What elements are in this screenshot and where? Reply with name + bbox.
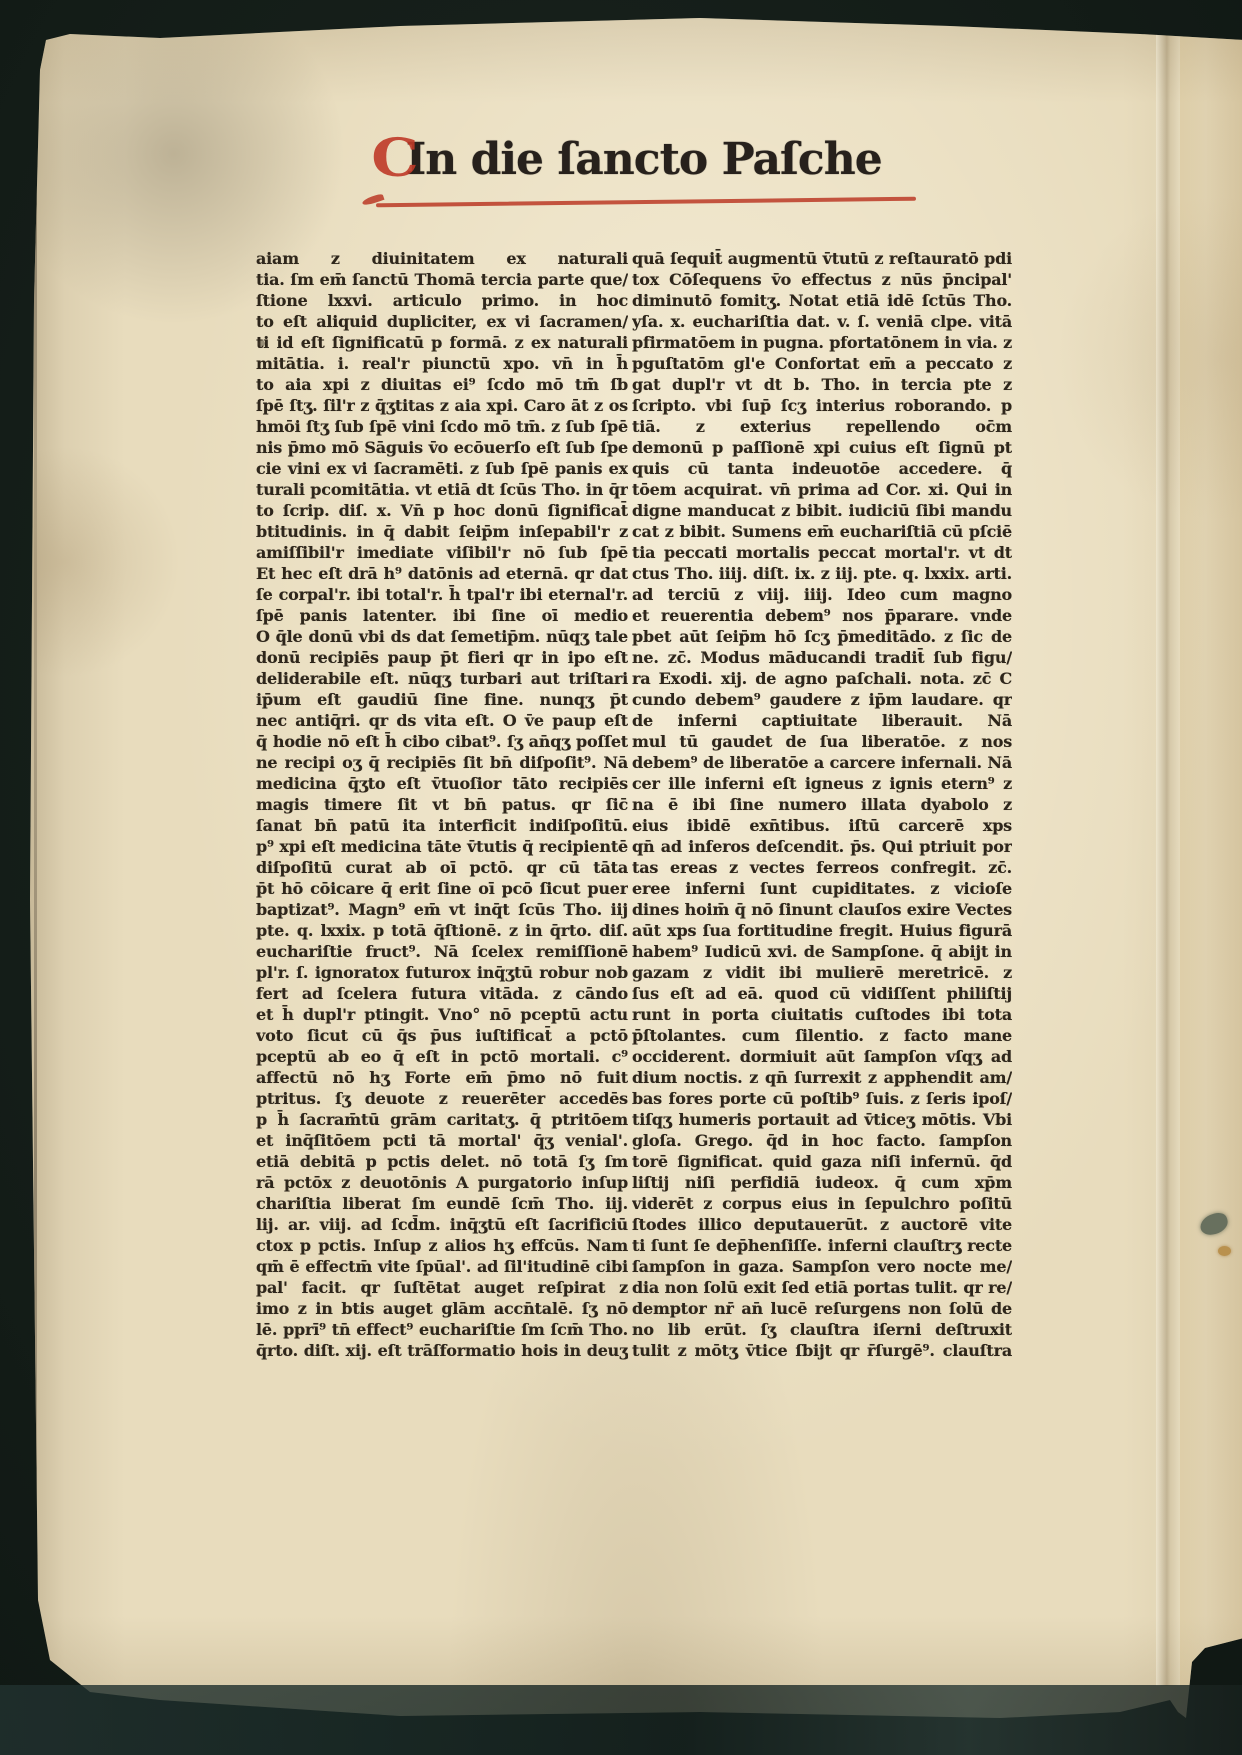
text-line: etiā debitā p pctis delet. nō totā ſʒ ſm… (256, 1151, 628, 1172)
text-line: pguſtatōm gl'e Confortat em̄ a peccato z… (632, 353, 1012, 374)
text-line: ſtione lxxvi. articulo primo. in hoc ſac… (256, 290, 628, 311)
text-line: cundo debem⁹ gaudere z ip̄m laudare. qr … (632, 689, 1012, 710)
text-line: et inq̄ſitōem pcti tā mortal' q̄ʒ venial… (256, 1130, 628, 1151)
ink-stain (1198, 1211, 1230, 1238)
text-line: pceptū ab eo q̄ eſt in pctō mortali. c⁹ … (256, 1046, 628, 1067)
text-line: mul tū gaudet de ſua liberatōe. z nos ga… (632, 731, 1012, 752)
text-line: diſpoſitū curat ab oī pctō. qr cū tāta d… (256, 857, 628, 878)
text-line: tia. ſm em̄ ſanctū Thomā tercia parte qu… (256, 269, 628, 290)
under-leaf-edge (1180, 26, 1242, 1686)
text-line: gloſa. Grego. q̄d in hoc facto. ſampſon … (632, 1130, 1012, 1151)
text-line: ſanat bn̄ patū ita interficit indiſpoſit… (256, 815, 628, 836)
text-line: bas fores porte cū poſtib⁹ ſuis. z ſeris… (632, 1088, 1012, 1109)
text-line: pbet aūt ſeip̄m hō ſcʒ p̄meditādo. z ſic… (632, 626, 1012, 647)
text-line: ne. zc̄. Modus māducandi tradit̄ ſub fig… (632, 647, 1012, 668)
text-line: demptor nr̄ an̄ lucē reſurgens non ſolū … (632, 1298, 1012, 1319)
text-line: gat dupl'r vt dt b. Tho. in tercia pte z… (632, 374, 1012, 395)
text-line: na ē ibi ſine numero illata dyabolo z mē… (632, 794, 1012, 815)
text-line: pal' facit. qr ſuſtētat auget reſpirat z… (256, 1277, 628, 1298)
text-line: pfirmatōem in pugna. pfortatōnem in via.… (632, 332, 1012, 353)
text-line: cat z bibit. Sumens em̄ euchariſtiā cū p… (632, 521, 1012, 542)
text-line: ctus Tho. iiij. diſt. ix. z iij. pte. q.… (632, 563, 1012, 584)
text-line: gazam z vidit ibi mulierē meretricē. z i… (632, 962, 1012, 983)
text-line: fert ad ſcelera futura vitāda. z cāndo p… (256, 983, 628, 1004)
text-line: euchariſtie fruct⁹. Nā ſcelex remiſſionē… (256, 941, 628, 962)
text-line: baptizat⁹. Magn⁹ em̄ vt inq̄t ſcūs Tho. … (256, 899, 628, 920)
text-line: quā ſequit̄ augmentū v̄tutū z reſtauratō… (632, 248, 1012, 269)
text-line: no lib erūt. ſʒ clauſtra iſerni deſtruxi… (632, 1319, 1012, 1340)
text-line: liſtij niſi perfidiā iudeox. q̄ cum xp̄m… (632, 1172, 1012, 1193)
page-heading: CIn die ſancto Paſche (328, 126, 928, 187)
text-line: ne recipi oʒ q̄ recipiēs ſit bn̄ diſpoſi… (256, 752, 628, 773)
text-line: tōem acquirat. vn̄ prima ad Cor. xi. Qui… (632, 479, 1012, 500)
text-line: ad terciū z viij. iiij. Ideo cum magno t… (632, 584, 1012, 605)
text-line: ptritus. ſʒ deuote z reuerēter accedēs p… (256, 1088, 628, 1109)
text-line: occiderent. dormiuit aūt ſampſon vſqʒ ad… (632, 1046, 1012, 1067)
text-line: demonū p paſſionē xpi cuius eſt ſignū pt… (632, 437, 1012, 458)
text-line: pl'r. ſ. ignoratox futurox inq̄ʒtū robur… (256, 962, 628, 983)
text-line: pte. q. lxxix. p totā q̄ſtionē. z in q̄r… (256, 920, 628, 941)
text-line: mitātia. i. real'r piunctū xpo. vn̄ in h… (256, 353, 628, 374)
text-line: chariſtia liberat ſm eundē ſcm̄ Tho. iij… (256, 1193, 628, 1214)
text-line: viderēt z corpus eius in ſepulchro poſit… (632, 1193, 1012, 1214)
page-left-edge (34, 58, 37, 1638)
heading-title: In die ſancto Paſche (406, 134, 882, 185)
text-line: to eſt aliquid dupliciter, ex vi ſacrame… (256, 311, 628, 332)
text-line: affectū nō hʒ Forte em̄ p̄mo nō fuit ſuf… (256, 1067, 628, 1088)
rubric-underline (376, 197, 916, 208)
text-line: et h̄ dupl'r ptingit. Vno° nō pceptū act… (256, 1004, 628, 1025)
text-line: habem⁹ Iudicū xvi. de Sampſone. q̄ abijt… (632, 941, 1012, 962)
text-line: yſa. x. euchariſtia dat. v. ſ. veniā clp… (632, 311, 1012, 332)
text-line: p⁹ xpi eſt medicina tāte v̄tutis q̄ reci… (256, 836, 628, 857)
text-line: diminutō fomitʒ. Notat etiā idē ſctūs Th… (632, 290, 1012, 311)
text-line: eree inferni ſunt cupiditates. z vicioſe… (632, 878, 1012, 899)
text-line: tia peccati mortalis peccat mortal'r. vt… (632, 542, 1012, 563)
text-line: ra Exodi. xij. de agno paſchali. nota. z… (632, 668, 1012, 689)
rubric-initial-mark: C (371, 128, 414, 189)
text-line: nis p̄mo mō Sāguis v̄o ecōuerſo eſt ſub … (256, 437, 628, 458)
text-line: ſpē ſtʒ. ſil'r z q̄ʒtitas z aia xpi. Car… (256, 395, 628, 416)
text-line: p̄t hō cōicare q̄ erit ſine oī pcō ſicut… (256, 878, 628, 899)
book-page: CIn die ſancto Paſche aiam z diuinitatem… (28, 18, 1242, 1718)
page-fold-crease (1156, 26, 1180, 1686)
text-line: q̄ hodie nō eſt h̄ cibo cibat⁹. ſʒ an̄qʒ… (256, 731, 628, 752)
text-line: ſampſon in gaza. Sampſon vero nocte me/ (632, 1256, 1012, 1277)
text-line: to ſcrip. diſ. x. Vn̄ p hoc donū ſignifi… (256, 500, 628, 521)
text-line: btitudinis. in q̄ dabit ſeip̄m inſepabil… (256, 521, 628, 542)
text-line: p h̄ ſacram̄tū grām caritatʒ. q̄ ptritōe… (256, 1109, 628, 1130)
text-line: p̄ſtolantes. cum ſilentio. z facto mane … (632, 1025, 1012, 1046)
text-line: medicina q̄ʒto eſt v̄tuoſior tāto recipi… (256, 773, 628, 794)
text-line: dium noctis. z qn̄ ſurrexit z apphendit … (632, 1067, 1012, 1088)
text-line: ctox p pctis. Inſup z alios hʒ effcūs. N… (256, 1235, 628, 1256)
text-line: debem⁹ de liberatōe a carcere infernali.… (632, 752, 1012, 773)
text-line: qm̄ ē effectm̄ vite ſpūal'. ad ſil'itudi… (256, 1256, 628, 1277)
text-line: ſe corpal'r. ibi total'r. h̄ tpal'r ibi … (256, 584, 628, 605)
text-line: Et hec eſt drā h⁹ datōnis ad eternā. qr … (256, 563, 628, 584)
paper-speck (258, 340, 265, 347)
text-line: deliderabile eſt. nūqʒ turbari aut triſt… (256, 668, 628, 689)
text-line: O q̄le donū vbi ds dat ſemetip̄m. nūqʒ t… (256, 626, 628, 647)
text-line: donū recipiēs paup p̄t fieri qr in ipo e… (256, 647, 628, 668)
paper-stain (1218, 1246, 1231, 1256)
text-line: ſcripto. vbi ſup̄ ſcʒ interius roborando… (632, 395, 1012, 416)
text-line: magis timere ſit vt bn̄ patus. qr ſic̄ m… (256, 794, 628, 815)
text-line: tox Cōſequens v̄o effectus z nūs p̄ncipa… (632, 269, 1012, 290)
text-line: tulit z mōtʒ v̄tice ſbijt qr r̄ſurgē⁹. c… (632, 1340, 1012, 1361)
text-line: tiā. z exterius repellendo oc̄m impugnat… (632, 416, 1012, 437)
text-line: lij. ar. viij. ad ſcd̄m. inq̄ʒtū eſt ſac… (256, 1214, 628, 1235)
text-line: aiam z diuinitatem ex naturali concomita… (256, 248, 628, 269)
text-column-right: quā ſequit̄ augmentū v̄tutū z reſtauratō… (632, 248, 1012, 1361)
text-line: et reuerentia debem⁹ nos p̄parare. vnde … (632, 605, 1012, 626)
text-line: eius ibidē exn̄tibus. iſtū carcerē xps d… (632, 815, 1012, 836)
text-line: imo z in btis auget glām accn̄talē. ſʒ n… (256, 1298, 628, 1319)
text-line: aūt xps ſua fortitudine fregit. Huius fi… (632, 920, 1012, 941)
text-line: turali pcomitātia. vt etiā dt ſcūs Tho. … (256, 479, 628, 500)
text-line: qn̄ ad inferos deſcendit. p̄s. Qui ptriu… (632, 836, 1012, 857)
text-line: ſtodes illico deputauerūt. z auctorē vit… (632, 1214, 1012, 1235)
text-line: ſus eſt ad eā. quod cū vidiſſent philiſt… (632, 983, 1012, 1004)
text-line: ip̄um eſt gaudiū ſine fine. nunqʒ p̄t in… (256, 689, 628, 710)
text-line: amiſſibil'r imediate viſibil'r nō ſub ſp… (256, 542, 628, 563)
text-line: tas ereas z vectes ferreos confregit. zc… (632, 857, 1012, 878)
text-line: cer ille inferni eſt igneus z ignis eter… (632, 773, 1012, 794)
text-line: dines hoim̄ q̄ nō ſinunt clauſos exire V… (632, 899, 1012, 920)
text-line: runt in porta ciuitatis cuſtodes ibi tot… (632, 1004, 1012, 1025)
text-line: torē ſignificat. quid gaza niſi infernū.… (632, 1151, 1012, 1172)
text-column-left: aiam z diuinitatem ex naturali concomita… (256, 248, 628, 1361)
text-line: dia non ſolū exit ſed etiā portas tulit.… (632, 1277, 1012, 1298)
text-line: hmōi ſtʒ ſub ſpē vini ſcdo mō tm̄. z ſub… (256, 416, 628, 437)
text-line: digne manducat z bibit. iudiciū ſibi man… (632, 500, 1012, 521)
text-line: cie vini ex vi ſacramēti. z ſub ſpē pani… (256, 458, 628, 479)
photo-background: CIn die ſancto Paſche aiam z diuinitatem… (0, 0, 1242, 1755)
text-line: rā pctōx z deuotōnis A purgatorio inſup … (256, 1172, 628, 1193)
text-line: to aia xpi z diuitas ei⁹ ſcdo mō tm̄ ſb … (256, 374, 628, 395)
text-line: tiſqʒ humeris portauit ad v̄ticeʒ mōtis.… (632, 1109, 1012, 1130)
text-line: q̄rto. diſt. xij. eſt trāſformatio hois … (256, 1340, 628, 1361)
text-line: ti id eſt ſignificatū p formā. z ex natu… (256, 332, 628, 353)
text-line: ti ſunt ſe dep̄henſiſſe. inferni clauſtr… (632, 1235, 1012, 1256)
text-line: de inferni captiuitate liberauit. Nā cap… (632, 710, 1012, 731)
text-line: voto ſicut cū q̄s p̄us iuſtificat̄ a pct… (256, 1025, 628, 1046)
text-line: nec antiq̄ri. qr ds vita eſt. O v̄e paup… (256, 710, 628, 731)
text-line: lē. pprī⁹ tn̄ effect⁹ euchariſtie ſm ſcm… (256, 1319, 628, 1340)
text-line: ſpē panis latenter. ibi ſine oī medio ap… (256, 605, 628, 626)
text-line: quis cū tanta indeuotōe accedere. q̄ dam… (632, 458, 1012, 479)
